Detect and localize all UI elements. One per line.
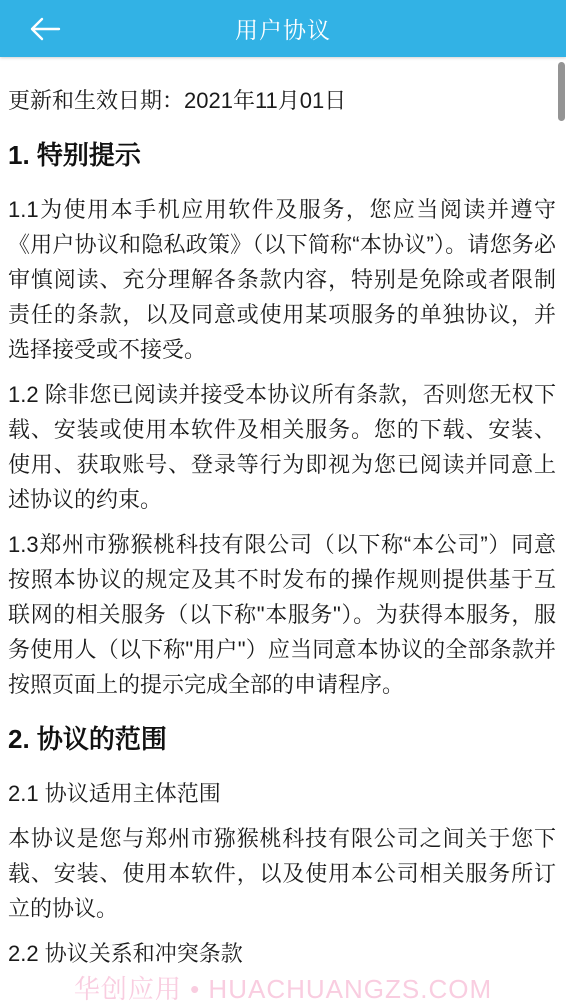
agreement-content: 更新和生效日期：2021年11月01日 1. 特别提示 1.1为使用本手机应用软… bbox=[0, 83, 566, 971]
paragraph-1-2: 1.2 除非您已阅读并接受本协议所有条款，否则您无权下载、安装或使用本软件及相关… bbox=[8, 377, 556, 517]
section-heading-scope: 2. 协议的范围 bbox=[8, 722, 556, 756]
back-arrow-icon bbox=[28, 16, 62, 42]
section-heading-special-notice: 1. 特别提示 bbox=[8, 138, 556, 172]
subheading-2-1: 2.1 协议适用主体范围 bbox=[8, 776, 556, 811]
paragraph-2-1-body: 本协议是您与郑州市猕猴桃科技有限公司之间关于您下载、安装、使用本软件，以及使用本… bbox=[8, 821, 556, 926]
watermark-text: 华创应用 • HUACHUANGZS.COM bbox=[0, 969, 566, 1006]
app-bar: 用户协议 bbox=[0, 0, 566, 57]
paragraph-1-3: 1.3郑州市猕猴桃科技有限公司（以下称“本公司”）同意按照本协议的规定及其不时发… bbox=[8, 527, 556, 702]
page-title: 用户协议 bbox=[235, 12, 331, 45]
user-agreement-screen: 用户协议 更新和生效日期：2021年11月01日 1. 特别提示 1.1为使用本… bbox=[0, 0, 566, 1006]
subheading-2-2: 2.2 协议关系和冲突条款 bbox=[8, 936, 556, 971]
scrollbar-thumb[interactable] bbox=[558, 62, 565, 121]
back-button[interactable] bbox=[22, 0, 68, 57]
effective-date-line: 更新和生效日期：2021年11月01日 bbox=[8, 83, 556, 118]
paragraph-1-1: 1.1为使用本手机应用软件及服务，您应当阅读并遵守《用户协议和隐私政策》（以下简… bbox=[8, 192, 556, 367]
